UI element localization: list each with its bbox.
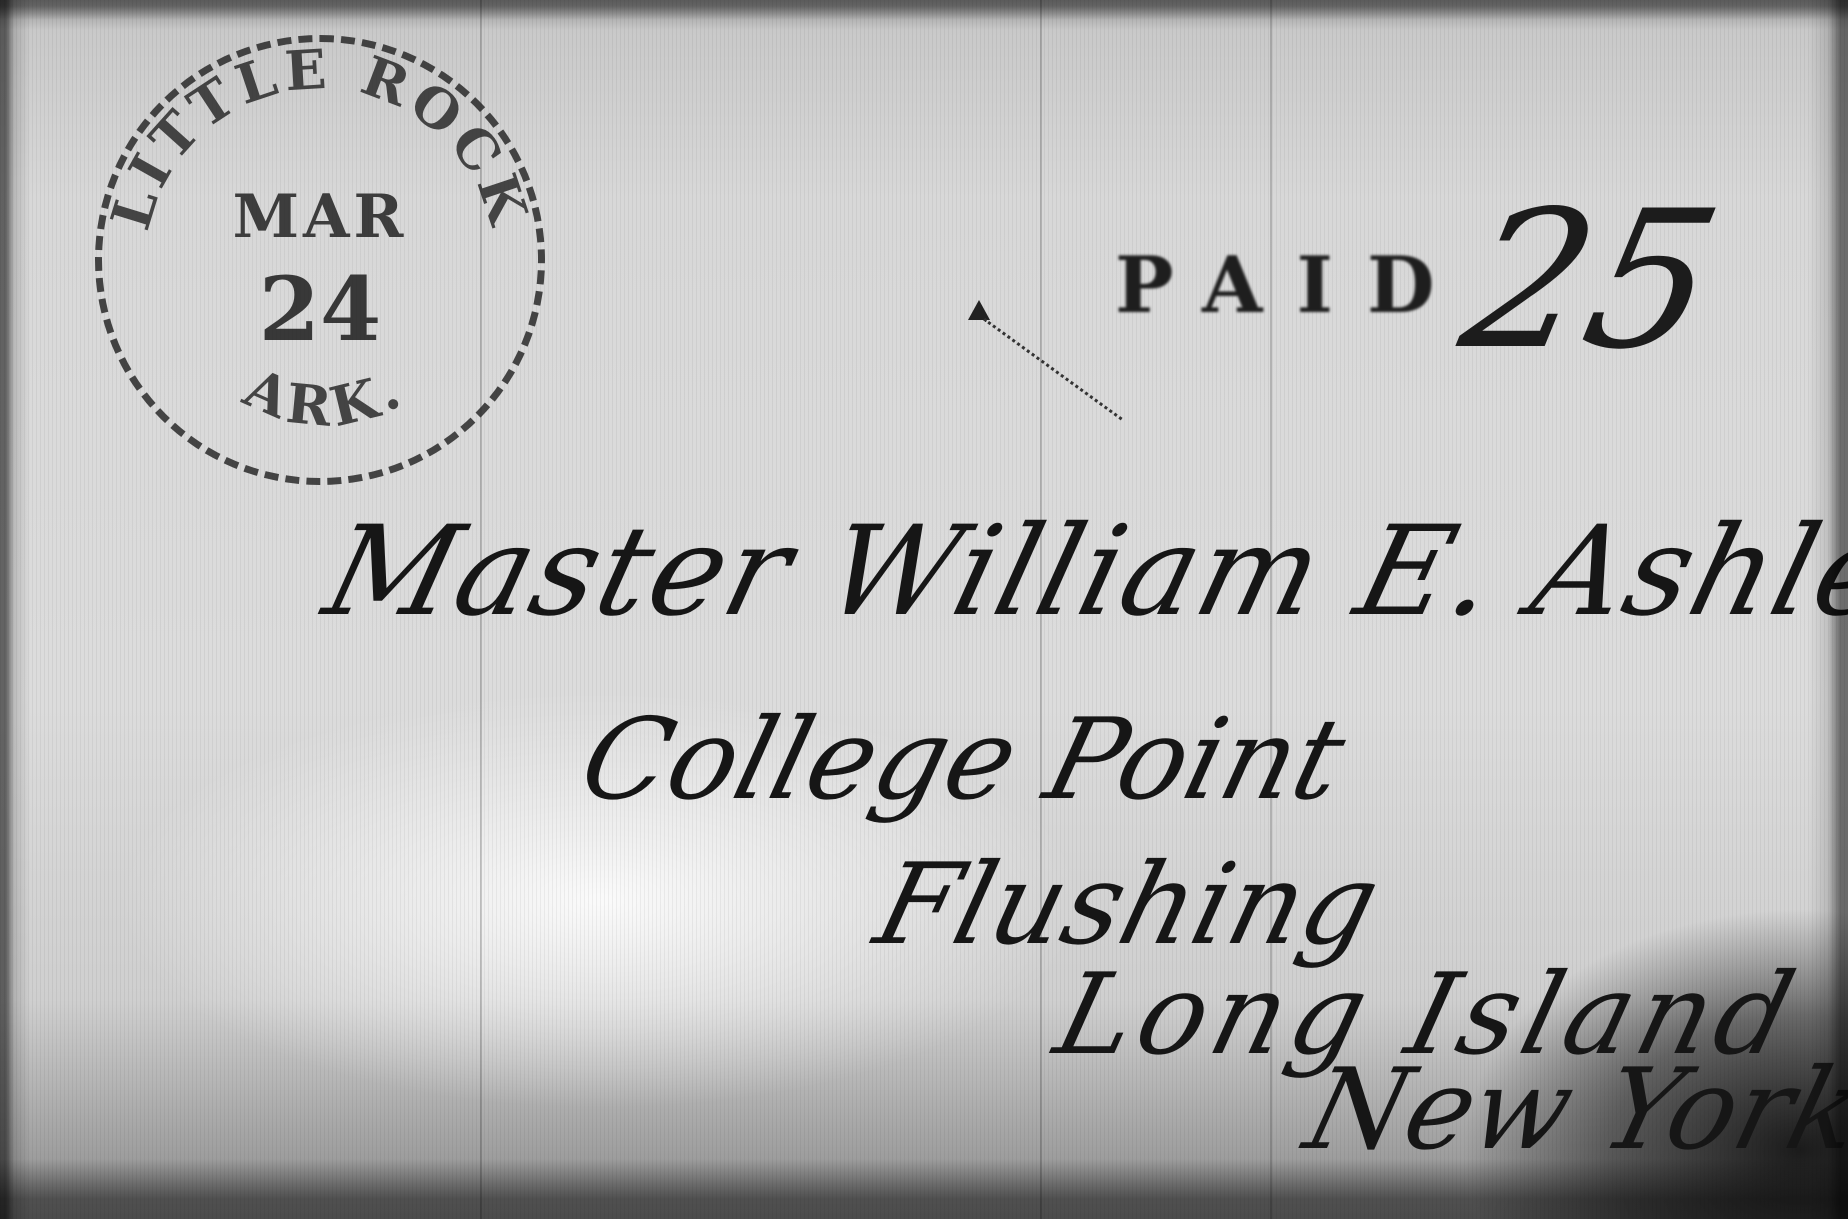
postmark-ring-text: LITTLE ROCK ARK. [102,42,538,478]
postmark-state: ARK. [234,355,415,440]
addressee-name: Master William E. Ashley [312,500,1848,644]
postmark-month: MAR [102,182,538,252]
circular-postmark: LITTLE ROCK ARK. MAR 24 [95,35,545,485]
address-line-3: Long Island [1044,950,1812,1080]
svg-text:ARK.: ARK. [234,355,415,440]
fold-line [1270,0,1272,1219]
address-line-4: New York [1294,1045,1848,1175]
fold-line [480,0,482,1219]
postmark-day: 24 [102,257,538,361]
address-line-2: Flushing [864,840,1391,970]
ink-mark [968,300,990,320]
fold-line [1040,0,1042,1219]
postmark-town: LITTLE ROCK [98,37,542,237]
ink-trail [983,318,1122,420]
manuscript-rate: 25 [1447,170,1736,391]
envelope-cover: LITTLE ROCK ARK. MAR 24 PAID 25 Master W… [0,0,1848,1219]
svg-text:LITTLE ROCK: LITTLE ROCK [98,37,542,237]
address-line-1: College Point [569,695,1357,825]
paid-handstamp: PAID [1115,240,1469,331]
